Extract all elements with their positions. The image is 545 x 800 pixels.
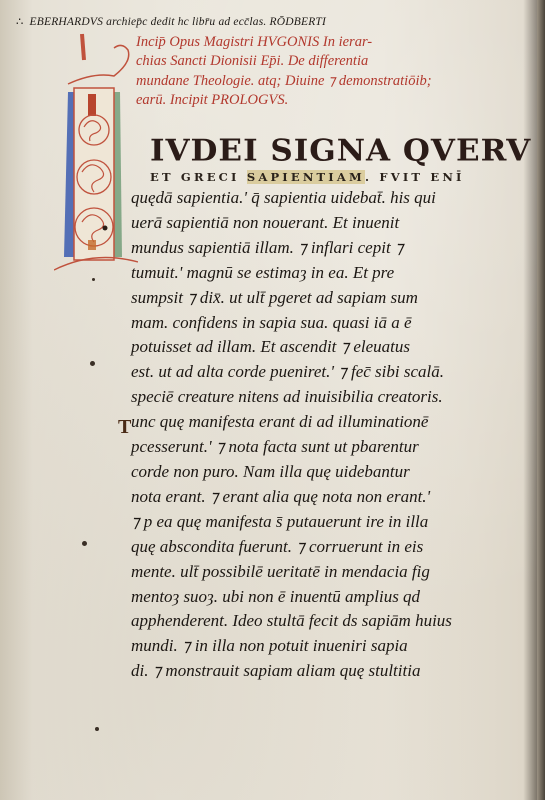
text-line: tumuit.' magnū se estimaȝ in ea. Et pre [131,261,521,286]
illuminated-initial-icon [54,32,138,272]
rubric-line: Incip̄ Opus Magistri HVGONIS In ierar- [136,33,514,52]
subline-tail: . FVIT ENĪ [365,170,465,184]
ex-libris-text: EBERHARDVS archiep̄c dedit hc libr̄u ad … [30,16,327,28]
rubric-line: mundane Theologie. atq; Diuine ⁊ demonst… [136,72,514,91]
text-line: speciē creature nitens ad inuisibilia cr… [131,385,521,410]
text-line: ⁊ p ea quę manifesta s̄ putauerunt ire i… [131,510,521,535]
punctuation-marks: ∴ [16,16,24,28]
text-line: potuisset ad illam. Et ascendit ⁊ eleuat… [131,335,521,360]
text-line: pcesserunt.' ⁊ nota facta sunt ut pbaren… [131,435,521,460]
pricking-hole [90,361,95,366]
text-line: unc quę manifesta erant di ad illuminati… [131,410,521,435]
page-edge [537,0,545,800]
text-line: di. ⁊ monstrauit sapiam aliam quę stulti… [131,659,521,684]
text-line: mundus sapientiā illam. ⁊ inflari cepit … [131,236,521,261]
rubric-line: earū. Incipit PROLOGVS. [136,91,514,110]
text-line: est. ut ad alta corde pueniret.' ⁊ fec̄ … [131,360,521,385]
pricking-hole [82,541,87,546]
rubric-line: chias Sancti Dionisii Ep̄i. De different… [136,52,514,71]
text-line: mente. ult̄ possibilē ueritatē in mendac… [131,560,521,585]
text-line: apphenderent. Ideo stultā fecit ds sapiā… [131,609,521,634]
body-text: quędā sapientia.' q̄ sapientia uidebat̄.… [131,186,521,684]
rubric-heading: Incip̄ Opus Magistri HVGONIS In ierar- c… [136,33,514,110]
pricking-hole [92,278,95,281]
text-line: uerā sapientiā non nouerant. Et inuenit [131,211,521,236]
display-capitals: IVDEI SIGNA QVERV [150,134,531,168]
text-line: nota erant. ⁊ erant alia quę nota non er… [131,485,521,510]
marginal-initial: T [118,416,131,439]
text-line: corde non puro. Nam illa quę uidebantur [131,460,521,485]
ex-libris-inscription: ∴EBERHARDVS archiep̄c dedit hc libr̄u ad… [16,14,526,28]
subline-plain: ET GRECI [150,170,247,184]
subline-highlighted: SAPIENTIAM [247,170,365,184]
text-line: mundi. ⁊ in illa non potuit inueniri sap… [131,634,521,659]
text-line: sumpsit ⁊ dix̄. ut ult̄ pgeret ad sapiam… [131,286,521,311]
display-subline: ET GRECI SAPIENTIAM. FVIT ENĪ [150,170,465,184]
text-line: mentoȝ suoȝ. ubi non ē inuentū amplius q… [131,585,521,610]
text-line: quę abscondita fuerunt. ⁊ corruerunt in … [131,535,521,560]
pricking-hole [95,727,99,731]
manuscript-page: ∴EBERHARDVS archiep̄c dedit hc libr̄u ad… [0,0,545,800]
text-line: quędā sapientia.' q̄ sapientia uidebat̄.… [131,186,521,211]
text-line: mam. confidens in sapia sua. quasi iā a … [131,311,521,336]
